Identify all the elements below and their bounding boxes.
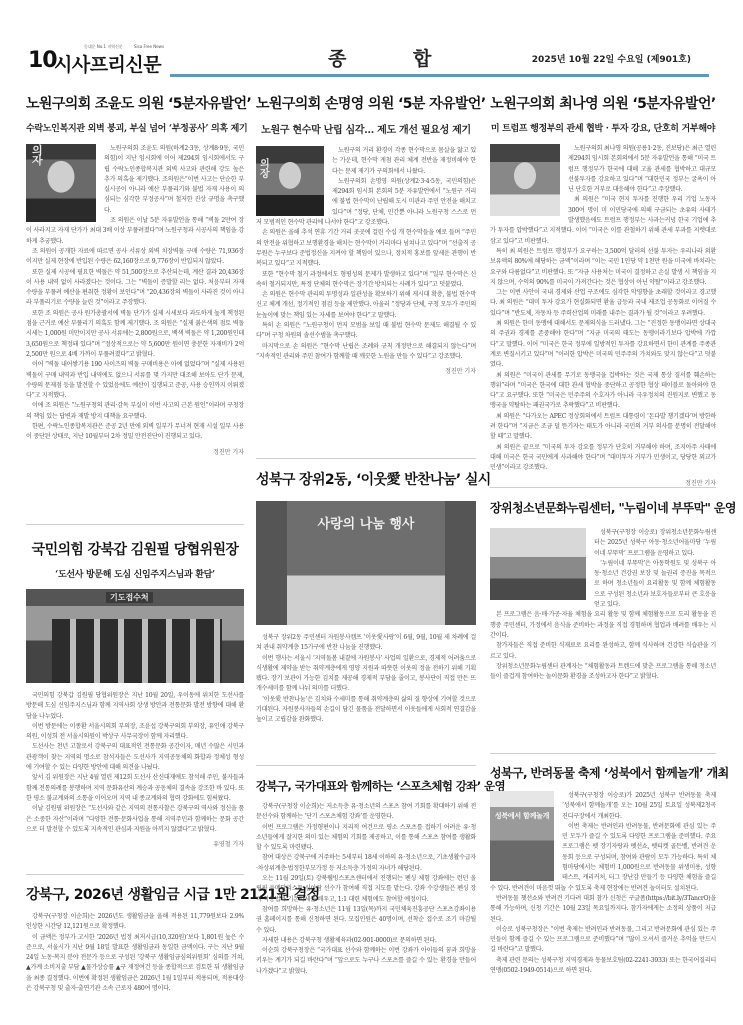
photo-sign-text: 기도접수처 (106, 592, 153, 603)
masthead-rule (170, 74, 709, 77)
headline: 노원구의회 최나영 의원 ‘5분자유발언’ (490, 93, 716, 113)
byline: 정진만 기자 (256, 366, 476, 375)
headline: 노원구의회 조윤도 의원 ‘5분자유발언’ (26, 93, 244, 113)
headline: 장위청소년문화누림센터, "누림이네 부뚜막" 운영 (490, 499, 716, 516)
page-number: 10 (28, 48, 57, 73)
article-son-myeongyeong: 노원구의회 손명영 의원 ‘5분 자유발언’ 노원구 현수막 난립 심각… 제도… (256, 93, 476, 375)
subheadline: 노원구 현수막 난립 심각… 제도 개선 필요성 제기 (256, 121, 476, 136)
article-body: 강북구(구청장 이순희)는 2026년도 생활임금을 올해 적용된 11,779… (26, 912, 244, 994)
photo-banner-text: 사랑의 나눔 행사 (256, 513, 476, 532)
article-pet-festival: 성북구, 반려동물 축제 ‘성북에서 함께놀개’ 개최 성북에서 함께놀개 성북… (490, 764, 716, 976)
subheadline: ‘도선사 방문해 도심 신임주지스님과 환담’ (26, 567, 244, 580)
article-choi-nayoung: 노원구의회 최나영 의원 ‘5분자유발언’ 미 트럼프 행정부의 관세 협박 ·… (490, 93, 716, 487)
photo-group-people (52, 619, 222, 683)
headline: 성북구, 반려동물 축제 ‘성북에서 함께놀개’ 개최 (490, 764, 716, 781)
paper-english-name: Sisa Free News (134, 44, 164, 49)
article-kim-wonpil: 국민의힘 강북갑 김원필 당협위원장 ‘도선사 방문해 도심 신임주지스님과 환… (26, 539, 244, 848)
photo-son-myeongyeong: 의 장 (256, 146, 324, 216)
divider (256, 458, 476, 459)
poster-title-text: 성북에서 함께놀개 (494, 811, 550, 820)
photo-nurim-kitchen (490, 528, 586, 600)
subheadline: 수락노인복지관 외벽 붕괴, 부실 넘어 ‘부정공사’ 의혹 제기 (26, 121, 244, 134)
photo-choi-nayoung (490, 144, 560, 216)
article-jangwi2dong-sharing: 성북구 장위2동, ‘이웃愛 반찬나눔’ 실시 사랑의 나눔 행사 성북구 장위… (256, 469, 476, 726)
article-living-wage: 강북구, 2026년 생활임금 시급 1만 2121원 결정 강북구(구청장 이… (26, 884, 244, 994)
article-body: 성북구(구청장 이승로) 장위청소년문화누림센터는 2025년 성북구 아동·청… (490, 528, 716, 682)
headline: 강북구, 2026년 생활임금 시급 1만 2121원 결정 (26, 884, 244, 904)
photo-festival-poster: 성북에서 함께놀개 (490, 791, 554, 881)
byline: 정진만 기자 (26, 447, 244, 456)
headline: 노원구의회 손명영 의원 ‘5분 자유발언’ (256, 93, 476, 113)
article-jo-yundo: 노원구의회 조윤도 의원 ‘5분자유발언’ 수락노인복지관 외벽 붕괴, 부실 … (26, 93, 244, 456)
section-title: 종 합 (328, 44, 461, 71)
divider (490, 753, 716, 754)
subheadline: 미 트럼프 행정부의 관세 협박 · 투자 강요, 단호히 거부해야 (490, 121, 716, 134)
photo-caption-text: 의 자 (32, 146, 96, 167)
divider (490, 487, 716, 488)
paper-name-logo: 시사프리신문 (54, 50, 161, 77)
divider (26, 524, 244, 525)
divider (26, 874, 244, 875)
issue-dateline: 2025년 10월 22일 수요일 (제901호) (532, 52, 691, 65)
byline: 유영철 기자 (26, 839, 244, 848)
photo-caption-text: 의 장 (260, 160, 324, 181)
masthead: 10 동대문 No.1 지역신문 시사프리신문 Sisa Free News 종… (28, 44, 715, 78)
article-body: 성북구 장위2동 주민센터 자원봉사캠프 ‘이웃愛사랑’이 6월, 9월, 10… (256, 633, 476, 726)
article-body: 강북구(구청장 이순희)는 저소득층 유·청소년의 스포츠 참여 기회를 확대하… (256, 802, 476, 977)
article-body: 국민의힘 강북갑 김원필 당협위원장은 지난 10월 20일, 우이동에 위치한… (26, 691, 244, 835)
article-sports-class: 강북구, 국가대표와 함께하는 ‘스포츠체험 강좌’ 운영 강북구(구청장 이순… (256, 778, 476, 977)
photo-doseonsa-visit: 기도접수처 (26, 589, 244, 683)
article-body: 의 자 노원구의회 조윤도 의원(하계2·3동, 상계8·9동, 국민의힘)이 … (26, 144, 244, 443)
article-body: 노원구의회 최나영 의원(공릉1·2동, 진보당)은 최근 열린 제294회 임… (490, 144, 716, 474)
headline: 성북구 장위2동, ‘이웃愛 반찬나눔’ 실시 (256, 469, 476, 489)
article-body: 성북에서 함께놀개 성북구(구청장 이승로)가 2025년 성북구 반려동물 축… (490, 791, 716, 976)
photo-sharing-event: 사랑의 나눔 행사 (256, 501, 476, 625)
byline: 정진만 기자 (490, 478, 716, 487)
article-body: 의 장 노원구의 거리 환경이 각종 현수막으로 몸살을 앓고 있는 가운데, … (256, 146, 476, 362)
headline: 강북구, 국가대표와 함께하는 ‘스포츠체험 강좌’ 운영 (256, 778, 476, 794)
article-nurim-buttumak: 장위청소년문화누림센터, "누림이네 부뚜막" 운영 성북구(구청장 이승로) … (490, 499, 716, 682)
divider (256, 765, 476, 766)
headline: 국민의힘 강북갑 김원필 당협위원장 (26, 539, 244, 559)
photo-jo-yundo: 의 자 (26, 144, 96, 222)
